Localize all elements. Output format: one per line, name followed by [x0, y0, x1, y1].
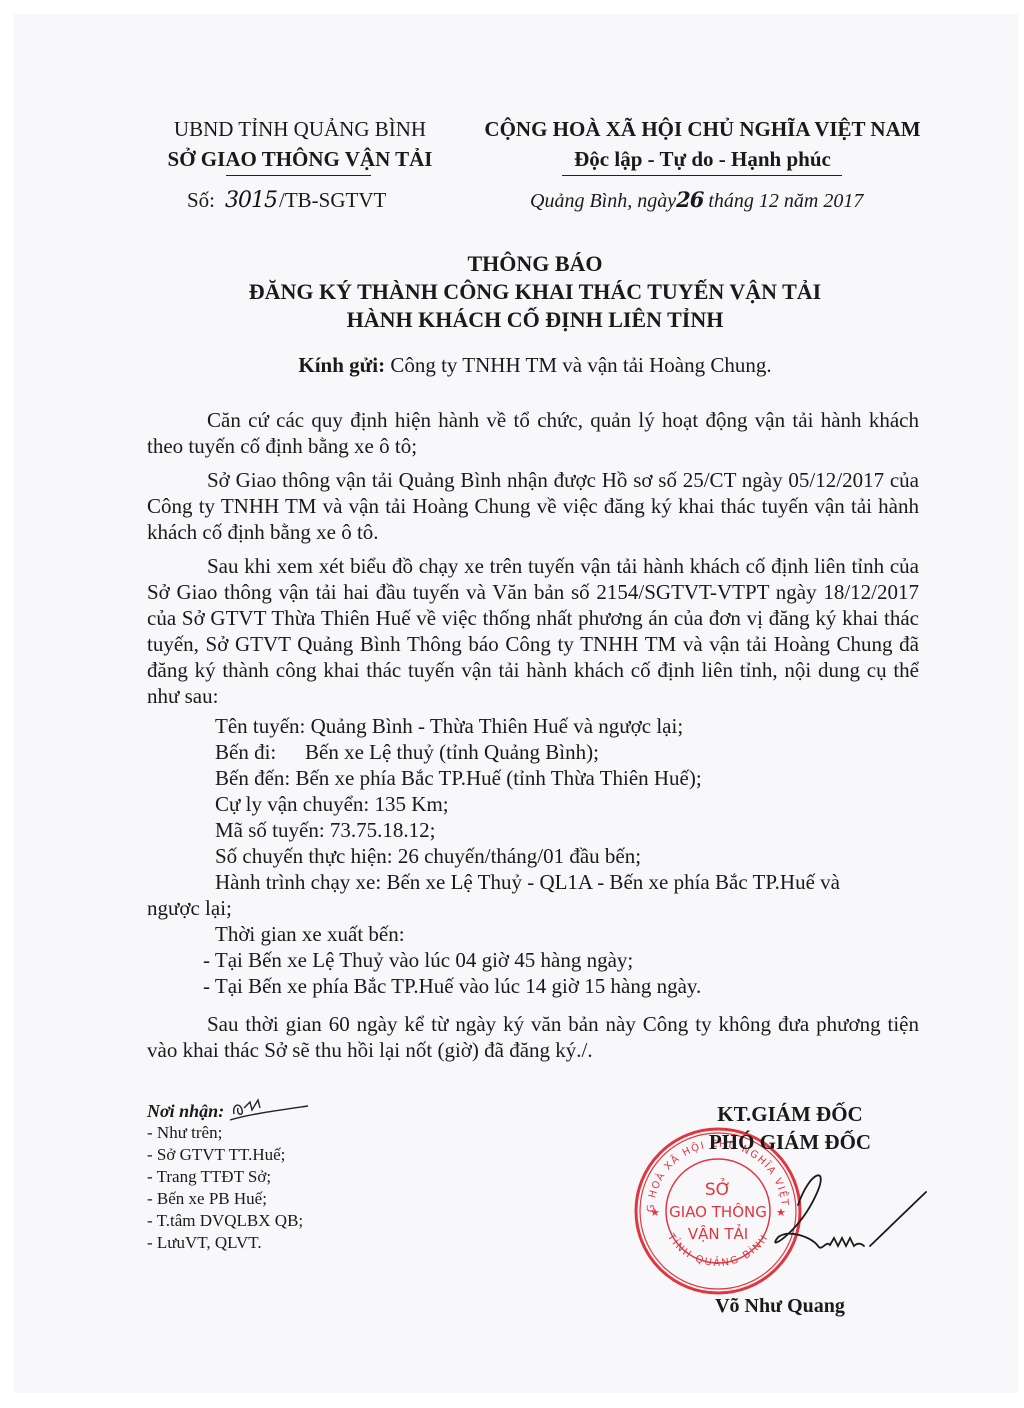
parent-agency: UBND TỈNH QUẢNG BÌNH	[150, 114, 450, 144]
initials-mark-icon	[230, 1092, 310, 1122]
route-itinerary: Hành trình chạy xe: Bến xe Lệ Thuỷ - QL1…	[147, 869, 919, 895]
handwritten-signature-icon	[730, 1150, 930, 1270]
departure-times-label: Thời gian xe xuất bến:	[147, 921, 919, 947]
place-date: Quảng Bình, ngày26 tháng 12 năm 2017	[530, 186, 863, 215]
route-distance: Cự ly vận chuyển: 135 Km;	[147, 791, 919, 817]
distribution-item: - T.tâm DVQLBX QB;	[147, 1210, 303, 1232]
distribution-item: - Trang TTĐT Sở;	[147, 1166, 303, 1188]
departure-time-hue: - Tại Bến xe phía Bắc TP.Huế vào lúc 14 …	[147, 973, 919, 999]
distribution-item: - Sở GTVT TT.Huế;	[147, 1144, 303, 1166]
doc-number-handwritten: 3015	[225, 188, 277, 213]
paragraph-closing: Sau thời gian 60 ngày kể từ ngày ký văn …	[147, 1011, 919, 1063]
signature-line-1: KT.GIÁM ĐỐC	[660, 1100, 920, 1128]
route-destination: Bến đến: Bến xe phía Bắc TP.Huế (tỉnh Th…	[147, 765, 919, 791]
addressee-name: Công ty TNHH TM và vận tải Hoàng Chung.	[390, 353, 771, 377]
paragraph-legal-basis: Căn cứ các quy định hiện hành về tổ chức…	[147, 407, 919, 459]
departure-time-le-thuy: - Tại Bến xe Lệ Thuỷ vào lúc 04 giờ 45 h…	[147, 947, 919, 973]
addressee-label: Kính gửi:	[298, 353, 385, 377]
country-name: CỘNG HOÀ XÃ HỘI CHỦ NGHĨA VIỆT NAM	[470, 114, 935, 144]
route-code: Mã số tuyến: 73.75.18.12;	[147, 817, 919, 843]
date-prefix: Quảng Bình, ngày	[530, 190, 676, 212]
doc-number-label: Số:	[187, 188, 215, 212]
distribution-item: - LưuVT, QLVT.	[147, 1232, 303, 1254]
agency-name: SỞ GIAO THÔNG VẬN TẢI	[150, 144, 450, 174]
svg-text:★: ★	[650, 1206, 660, 1219]
issuing-agency-block: UBND TỈNH QUẢNG BÌNH SỞ GIAO THÔNG VẬN T…	[150, 114, 450, 174]
signer-name: Võ Như Quang	[660, 1292, 900, 1320]
agency-underline	[226, 175, 371, 176]
distribution-list: Nơi nhận: - Như trên; - Sở GTVT TT.Huế; …	[147, 1100, 303, 1254]
addressee: Kính gửi: Công ty TNHH TM và vận tải Hoà…	[150, 350, 920, 380]
route-name: Tên tuyến: Quảng Bình - Thừa Thiên Huế v…	[147, 713, 919, 739]
title-line-2: ĐĂNG KÝ THÀNH CÔNG KHAI THÁC TUYẾN VẬN T…	[150, 278, 920, 306]
route-itinerary-continued: ngược lại;	[147, 895, 919, 921]
title-line-3: HÀNH KHÁCH CỐ ĐỊNH LIÊN TỈNH	[150, 306, 920, 334]
date-suffix: tháng 12 năm 2017	[708, 190, 863, 212]
route-origin: Bến đi:Bến xe Lệ thuỷ (tỉnh Quảng Bình);	[147, 739, 919, 765]
title-line-1: THÔNG BÁO	[150, 250, 920, 278]
paragraph-decision: Sau khi xem xét biểu đồ chạy xe trên tuy…	[147, 553, 919, 709]
signature-title: KT.GIÁM ĐỐC PHÓ GIÁM ĐỐC	[660, 1100, 920, 1156]
doc-number-suffix: /TB-SGTVT	[279, 188, 386, 212]
distribution-item: - Như trên;	[147, 1122, 303, 1144]
document-body: Căn cứ các quy định hiện hành về tổ chức…	[147, 407, 919, 1071]
route-trips: Số chuyến thực hiện: 26 chuyến/tháng/01 …	[147, 843, 919, 869]
motto-underline	[562, 175, 842, 176]
national-header-block: CỘNG HOÀ XÃ HỘI CHỦ NGHĨA VIỆT NAM Độc l…	[470, 114, 935, 174]
distribution-item: - Bến xe PB Huế;	[147, 1188, 303, 1210]
svg-text:SỞ: SỞ	[705, 1177, 731, 1200]
document-title: THÔNG BÁO ĐĂNG KÝ THÀNH CÔNG KHAI THÁC T…	[150, 250, 920, 334]
motto: Độc lập - Tự do - Hạnh phúc	[470, 144, 935, 174]
paragraph-application: Sở Giao thông vận tải Quảng Bình nhận đư…	[147, 467, 919, 545]
document-number: Số:3015/TB-SGTVT	[187, 186, 386, 215]
date-day-handwritten: 26	[676, 187, 703, 212]
